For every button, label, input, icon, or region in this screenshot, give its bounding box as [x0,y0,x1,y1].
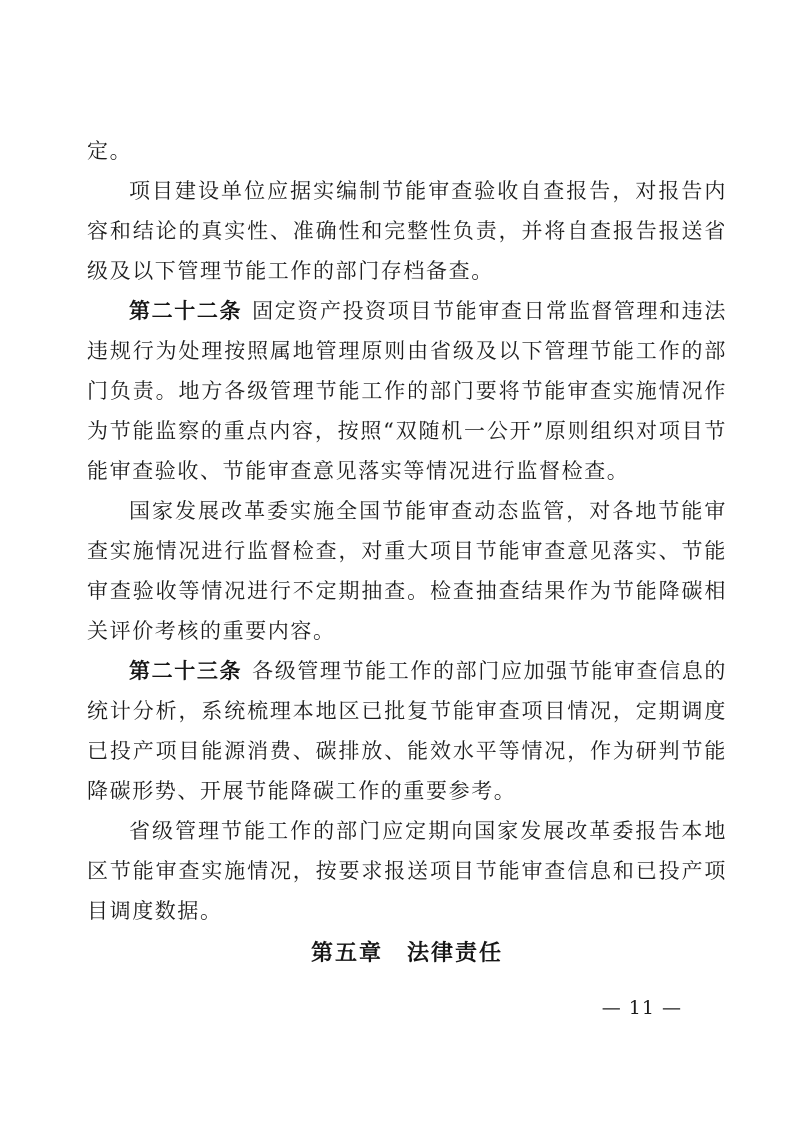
paragraph-continuation: 定。 [87,131,727,171]
paragraph-provincial-report: 省级管理节能工作的部门应定期向国家发展改革委报告本地区节能审查实施情况，按要求报… [87,811,727,931]
chapter-heading: 第五章 法律责任 [87,934,727,974]
paragraph-self-check-report: 项目建设单位应据实编制节能审查验收自查报告，对报告内容和结论的真实性、准确性和完… [87,171,727,291]
page-content: 定。 项目建设单位应据实编制节能审查验收自查报告，对报告内容和结论的真实性、准确… [87,131,727,974]
paragraph-article-23: 第二十三条各级管理节能工作的部门应加强节能审查信息的统计分析，系统梳理本地区已批… [87,651,727,811]
paragraph-ndrc-supervision: 国家发展改革委实施全国节能审查动态监管，对各地节能审查实施情况进行监督检查，对重… [87,491,727,651]
article-23-number: 第二十三条 [129,659,242,683]
paragraph-article-22: 第二十二条固定资产投资项目节能审查日常监督管理和违法违规行为处理按照属地管理原则… [87,291,727,491]
article-22-number: 第二十二条 [129,299,242,323]
article-22-text: 固定资产投资项目节能审查日常监督管理和违法违规行为处理按照属地管理原则由省级及以… [87,299,727,483]
page-number: — 11 — [602,997,682,1019]
document-page-root: { "page": { "number": "11", "label": "— … [0,0,794,1123]
page: 定。 项目建设单位应据实编制节能审查验收自查报告，对报告内容和结论的真实性、准确… [0,0,794,1123]
